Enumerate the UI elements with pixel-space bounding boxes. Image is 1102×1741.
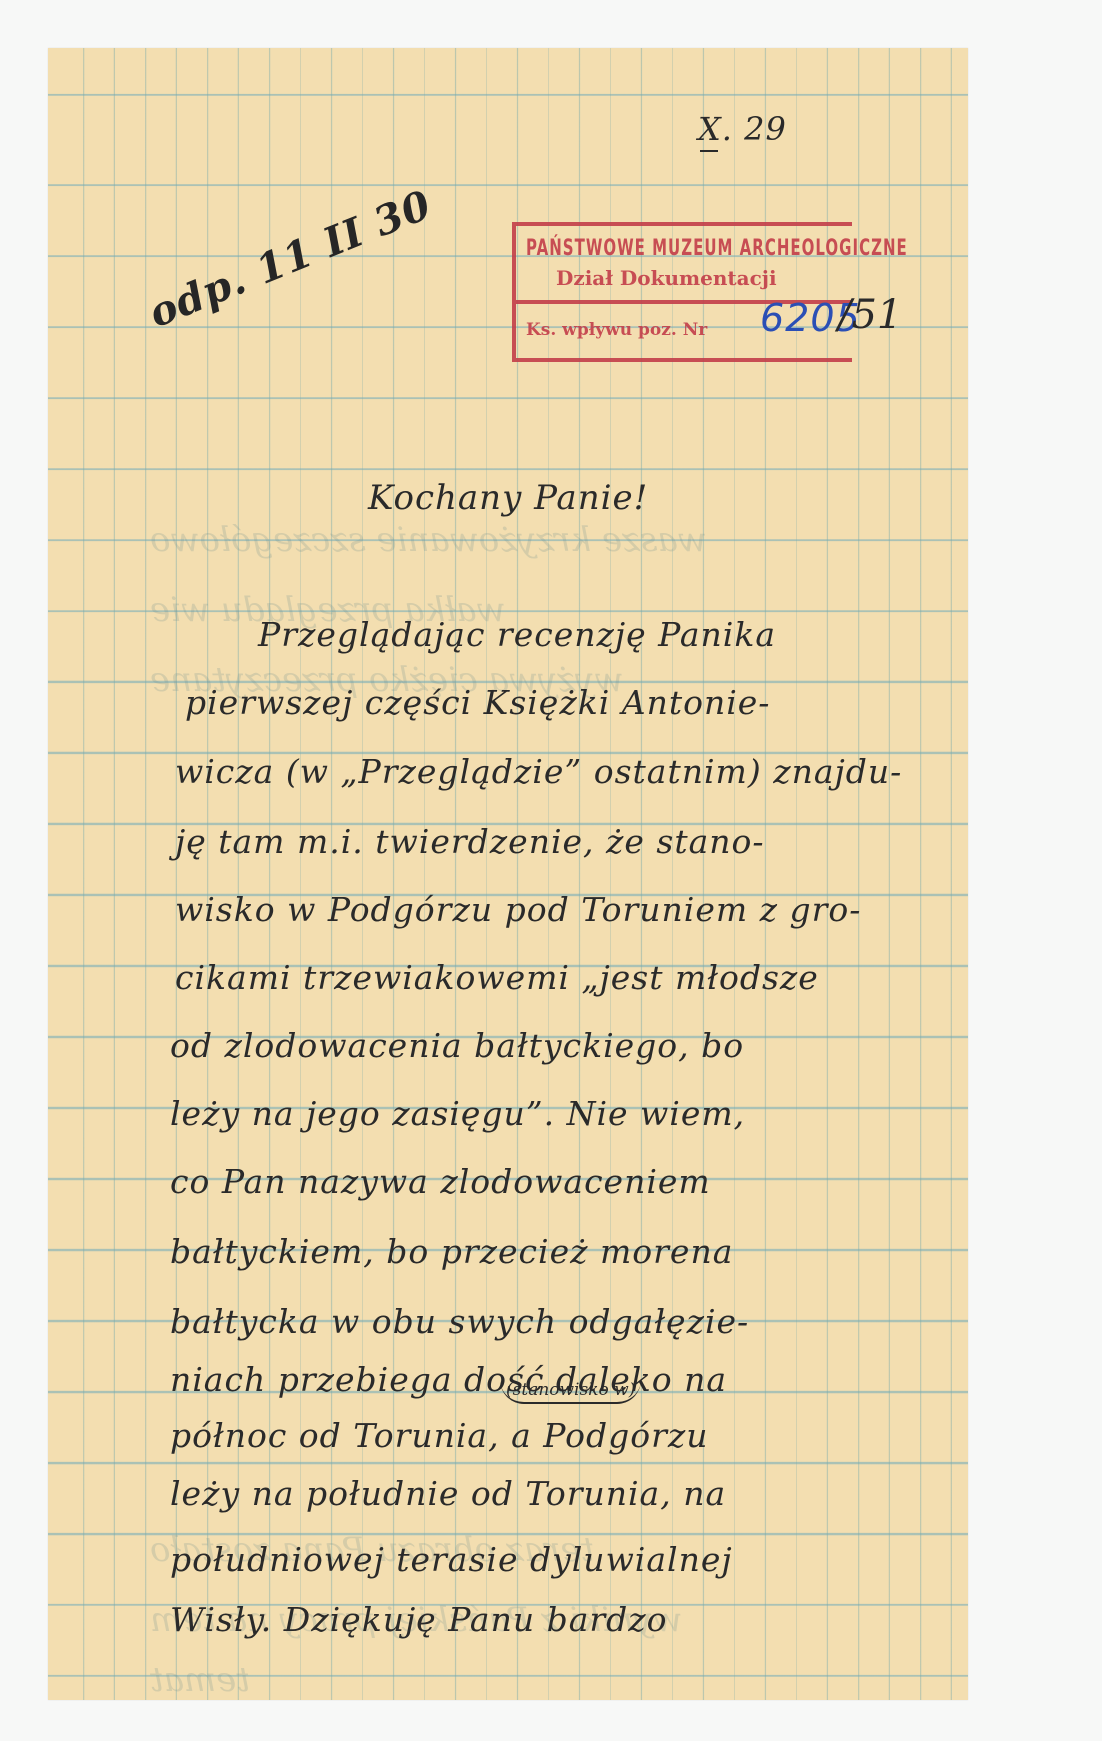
stamp-registry-label: Ks. wpływu poz. Nr: [526, 320, 707, 340]
stamp-department: Dział Dokumentacji: [556, 266, 777, 290]
body-line: południowej terasie dyluwialnej: [170, 1540, 733, 1579]
registry-suffix: /51: [838, 292, 902, 338]
body-line: Wisły. Dziękuję Panu bardzo: [170, 1600, 668, 1639]
interlinear-note: (stanowisko w): [500, 1380, 641, 1404]
body-line: niach przebiega dość daleko na: [170, 1360, 727, 1399]
body-line: północ od Torunia, a Podgórzu: [170, 1416, 709, 1455]
date-underline: [700, 150, 718, 152]
body-line: wicza (w „Przeglądzie” ostatnim) znajdu-: [175, 752, 902, 791]
salutation: Kochany Panie!: [368, 478, 648, 518]
stamp-institution: PAŃSTWOWE MUZEUM ARCHEOLOGICZNE: [526, 234, 908, 261]
body-line: wisko w Podgórzu pod Toruniem z gro-: [175, 890, 861, 929]
museum-stamp: PAŃSTWOWE MUZEUM ARCHEOLOGICZNE Dział Do…: [512, 222, 852, 362]
body-line: bałtycka w obu swych odgałęzie-: [170, 1302, 749, 1341]
body-line: co Pan nazywa zlodowaceniem: [170, 1162, 711, 1201]
body-line: Przeglądając recenzję Panika: [258, 615, 776, 654]
body-line: bałtyckiem, bo przecież morena: [170, 1232, 733, 1271]
body-line: od zlodowacenia bałtyckiego, bo: [170, 1026, 744, 1065]
body-line: leży na jego zasięgu”. Nie wiem,: [170, 1094, 745, 1133]
body-line: cikami trzewiakowemi „jest młodsze: [175, 958, 819, 997]
body-line: ję tam m.i. twierdzenie, że stano-: [175, 822, 765, 861]
body-line: pierwszej części Księżki Antonie-: [185, 683, 770, 722]
letter-date: X. 29: [698, 110, 787, 148]
body-line: leży na południe od Torunia, na: [170, 1474, 726, 1513]
